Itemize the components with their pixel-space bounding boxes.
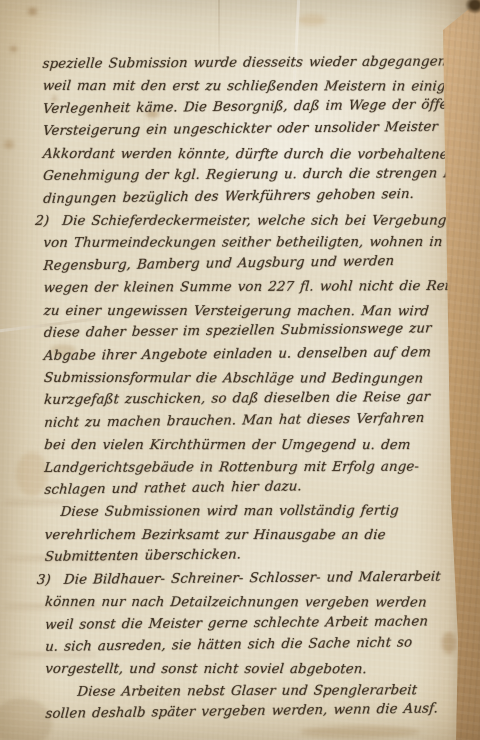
line-text: Submissionsformular die Abschläge und Be…	[43, 371, 424, 387]
line-text: diese daher besser im speziellen Submiss…	[43, 321, 432, 341]
text-block: spezielle Submission wurde diesseits wie…	[43, 55, 448, 737]
line-text: sollen deshalb später vergeben werden, w…	[45, 702, 439, 722]
line-text: spezielle Submission wurde diesseits wie…	[42, 54, 451, 71]
handwritten-line: 3)Die Bildhauer- Schreiner- Schlosser- u…	[44, 569, 441, 587]
line-text: von Thurmeindeckungen seither betheiligt…	[43, 235, 443, 251]
line-text: Landgerichtsgebäude in Rottenburg mit Er…	[44, 459, 420, 475]
line-text: Submittenten überschicken.	[44, 548, 242, 565]
handwritten-line: vorgestellt, und sonst nicht soviel abge…	[45, 662, 368, 677]
handwritten-line: u. sich ausreden, sie hätten sich die Sa…	[45, 635, 413, 654]
handwritten-line: 2)Die Schieferdeckermeister, welche sich…	[43, 213, 447, 228]
handwritten-line: diese daher besser im speziellen Submiss…	[43, 321, 432, 341]
fox-stain	[298, 14, 326, 26]
line-text: Abgabe ihrer Angebote einladen u. densel…	[43, 345, 431, 364]
line-text: Verlegenheit käme. Die Besorgniß, daß im…	[42, 97, 480, 117]
handwritten-line: nicht zu machen brauchen. Man hat dieses…	[44, 411, 425, 431]
line-text: wegen der kleinen Summe von 227 fl. wohl…	[43, 279, 465, 296]
line-text: dingungen bezüglich des Werkführers geho…	[43, 186, 415, 206]
handwritten-line: wegen der kleinen Summe von 227 fl. wohl…	[43, 279, 465, 296]
line-text: u. sich ausreden, sie hätten sich die Sa…	[45, 635, 413, 654]
handwritten-line: dingungen bezüglich des Werkführers geho…	[43, 186, 415, 206]
line-text: Genehmigung der kgl. Regierung u. durch …	[42, 166, 466, 184]
line-text: Akkordant werden könnte, dürfte durch di…	[42, 147, 448, 163]
line-text: verehrlichem Bezirksamt zur Hinausgabe a…	[44, 528, 386, 543]
handwritten-line: schlagen und rathet auch hier dazu.	[44, 479, 302, 498]
fox-stain	[4, 140, 14, 149]
line-text: weil man mit den erst zu schließenden Me…	[42, 79, 461, 95]
manuscript-photo: spezielle Submission wurde diesseits wie…	[0, 0, 480, 740]
line-text: Diese Submissionen wird man vollständig …	[60, 504, 400, 520]
fox-stain	[28, 8, 37, 15]
line-text: schlagen und rathet auch hier dazu.	[44, 479, 302, 498]
line-text: Versteigerung ein ungeschickter oder uns…	[42, 120, 438, 139]
handwritten-line: Genehmigung der kgl. Regierung u. durch …	[42, 166, 466, 184]
line-text: zu einer ungewissen Versteigerung machen…	[43, 303, 430, 318]
handwritten-line: bei den vielen Kirchthürmen der Umgegend…	[44, 438, 412, 453]
handwritten-line: Submittenten überschicken.	[44, 548, 242, 565]
corner-damage-spot	[465, 0, 480, 14]
handwritten-line: von Thurmeindeckungen seither betheiligt…	[43, 235, 443, 251]
line-text: bei den vielen Kirchthürmen der Umgegend…	[44, 438, 412, 453]
handwritten-line: Submissionsformular die Abschläge und Be…	[43, 371, 424, 387]
handwritten-line: Abgabe ihrer Angebote einladen u. densel…	[43, 345, 431, 364]
list-marker: 2)	[35, 214, 50, 229]
handwritten-line: Diese Submissionen wird man vollständig …	[44, 504, 400, 520]
line-text: Die Schieferdeckermeister, welche sich b…	[62, 213, 448, 228]
line-text: Die Bildhauer- Schreiner- Schlosser- und…	[63, 569, 441, 587]
handwritten-line: zu einer ungewissen Versteigerung machen…	[43, 303, 430, 318]
line-text: Diese Arbeiten nebst Glaser und Spengler…	[77, 683, 418, 700]
handwritten-line: spezielle Submission wurde diesseits wie…	[42, 54, 451, 71]
line-text: können nur nach Detailzeichnungen vergeb…	[44, 595, 427, 611]
handwritten-line: Diese Arbeiten nebst Glaser und Spengler…	[45, 683, 418, 700]
handwritten-line: sollen deshalb später vergeben werden, w…	[45, 702, 439, 722]
line-text: vorgestellt, und sonst nicht soviel abge…	[45, 662, 368, 677]
handwritten-line: Verlegenheit käme. Die Besorgniß, daß im…	[42, 97, 480, 117]
handwritten-line: Akkordant werden könnte, dürfte durch di…	[42, 147, 448, 163]
handwritten-line: können nur nach Detailzeichnungen vergeb…	[44, 595, 427, 611]
fox-stain	[10, 46, 17, 52]
paper-sheet: spezielle Submission wurde diesseits wie…	[0, 0, 480, 740]
line-text: nicht zu machen brauchen. Man hat dieses…	[44, 411, 425, 431]
line-text: weil sonst die Meister gerne schlechte A…	[44, 614, 428, 632]
handwritten-line: Landgerichtsgebäude in Rottenburg mit Er…	[44, 459, 420, 475]
handwritten-line: weil man mit den erst zu schließenden Me…	[42, 79, 461, 95]
handwritten-line: Regensburg, Bamberg und Augsburg und wer…	[43, 254, 395, 274]
handwritten-line: kurzgefaßt zuschicken, so daß dieselben …	[43, 390, 430, 408]
handwritten-line: Versteigerung ein ungeschickter oder uns…	[42, 120, 438, 139]
handwritten-line: weil sonst die Meister gerne schlechte A…	[44, 614, 428, 632]
list-marker: 3)	[36, 573, 51, 588]
line-text: kurzgefaßt zuschicken, so daß dieselben …	[43, 390, 430, 408]
line-text: Regensburg, Bamberg und Augsburg und wer…	[43, 254, 395, 274]
handwritten-line: verehrlichem Bezirksamt zur Hinausgabe a…	[44, 528, 386, 543]
